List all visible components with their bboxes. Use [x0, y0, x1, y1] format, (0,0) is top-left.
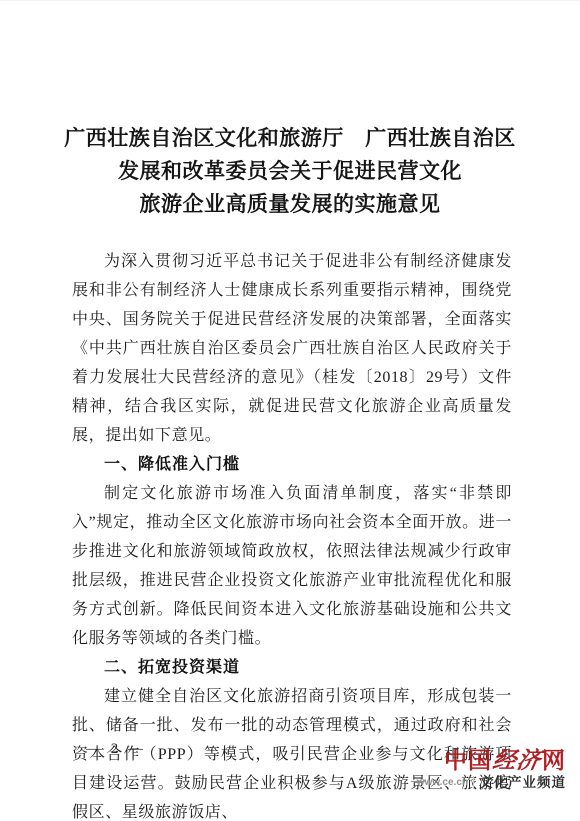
logo-brand-part-2: 经济 — [490, 749, 544, 772]
logo-tagline: www.ce.cn 文化产业频道 — [417, 776, 566, 790]
logo-divider — [473, 776, 474, 789]
document-body: 为深入贯彻习近平总书记关于促进非公有制经济健康发展和非公有制经济人士健康成长系列… — [72, 247, 512, 821]
document-title-line-3: 旅游企业高质量发展的实施意见 — [38, 188, 542, 221]
logo-brand-part-3: 网 — [542, 748, 566, 773]
document-title-line-1: 广西壮族自治区文化和旅游厅 广西壮族自治区 — [38, 122, 542, 155]
logo-channel-label: 文化产业频道 — [479, 776, 566, 790]
logo-brand-text: 中国经济网 — [417, 749, 566, 772]
logo-site-url: www.ce.cn — [417, 778, 468, 788]
document-title: 广西壮族自治区文化和旅游厅 广西壮族自治区 发展和改革委员会关于促进民营文化 旅… — [38, 122, 542, 221]
section-1-heading: 一、降低准入门槛 — [72, 450, 512, 479]
document-page: 广西壮族自治区文化和旅游厅 广西壮族自治区 发展和改革委员会关于促进民营文化 旅… — [0, 0, 580, 821]
site-logo: 中国经济网 www.ce.cn 文化产业频道 — [417, 749, 566, 790]
logo-brand-part-1: 中国 — [444, 748, 492, 773]
intro-paragraph: 为深入贯彻习近平总书记关于促进非公有制经济健康发展和非公有制经济人士健康成长系列… — [72, 247, 512, 450]
page-number: — 2 — — [86, 741, 146, 758]
section-2-heading: 二、拓宽投资渠道 — [72, 653, 512, 682]
document-title-line-2: 发展和改革委员会关于促进民营文化 — [38, 155, 542, 188]
section-1-paragraph: 制定文化旅游市场准入负面清单制度，落实“非禁即入”规定，推动全区文化旅游市场向社… — [72, 479, 512, 653]
